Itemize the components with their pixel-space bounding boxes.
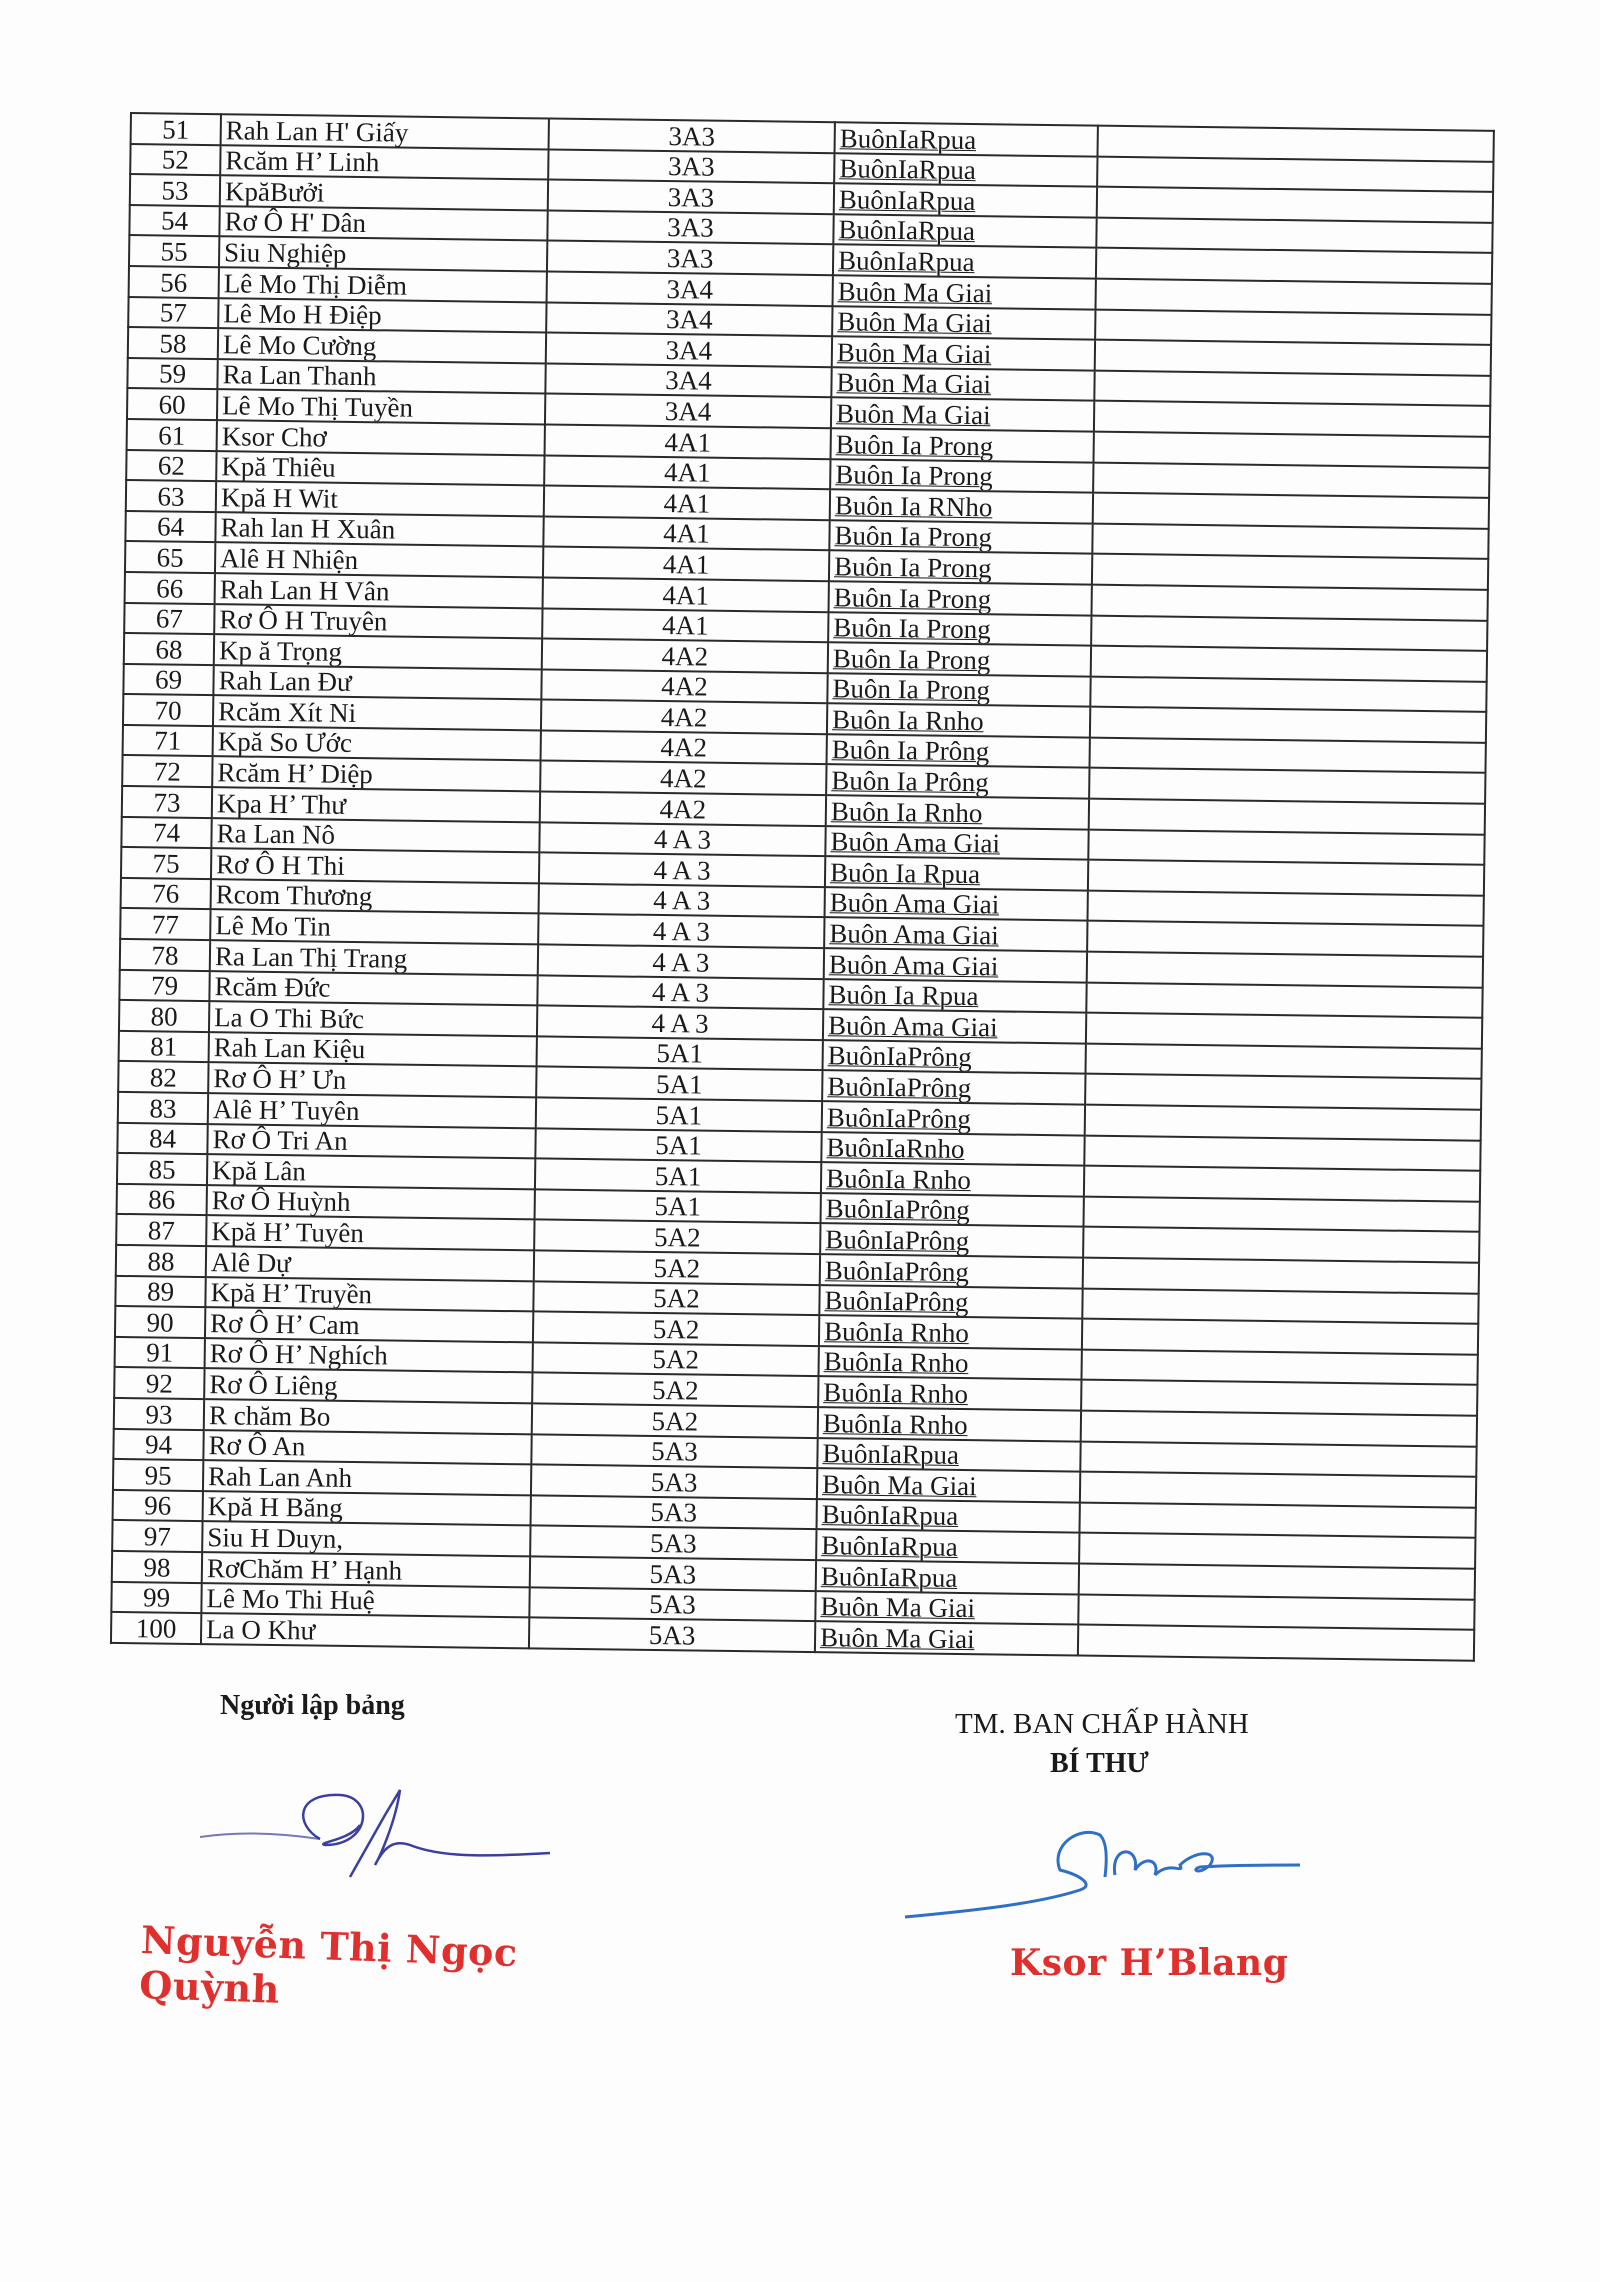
class-code: 5A2 xyxy=(532,1403,818,1437)
class-code: 4 A 3 xyxy=(538,944,824,978)
row-number: 66 xyxy=(125,572,215,604)
row-number: 77 xyxy=(120,908,210,940)
row-number: 85 xyxy=(117,1153,207,1185)
class-code: 5A1 xyxy=(537,1036,823,1070)
village-name: Buôn Ma Giai xyxy=(817,1468,1080,1502)
student-name: Lê Mo Thị Diễm xyxy=(219,267,547,302)
row-number: 86 xyxy=(117,1184,207,1216)
village-name: BuônIaPrông xyxy=(819,1285,1082,1319)
row-number: 64 xyxy=(125,511,215,543)
village-name: BuônIaRpua xyxy=(816,1560,1079,1594)
class-code: 4A2 xyxy=(542,639,828,673)
row-number: 52 xyxy=(130,144,220,176)
village-name: Buôn Ia Prong xyxy=(829,520,1092,554)
student-name: Kpă Thiêu xyxy=(216,451,544,486)
village-name: BuônIaRpua xyxy=(834,153,1097,187)
village-name: BuônIaRpua xyxy=(834,183,1097,217)
student-name: Rơ Ô H’ Ưn xyxy=(208,1063,536,1098)
student-name: Rah Lan Anh xyxy=(203,1460,531,1495)
student-name: Alê H Nhiện xyxy=(215,542,543,577)
class-code: 5A3 xyxy=(530,1526,816,1560)
row-number: 71 xyxy=(123,725,213,757)
village-name: BuônIaRpua xyxy=(835,122,1098,156)
village-name: BuônIaPrông xyxy=(822,1101,1085,1135)
student-name: Ra Lan Nô xyxy=(211,818,539,853)
class-code: 5A3 xyxy=(530,1556,816,1590)
class-code: 4 A 3 xyxy=(538,914,824,948)
village-name: Buôn Ia Rpua xyxy=(825,856,1088,890)
class-code: 5A1 xyxy=(535,1189,821,1223)
secretary-printed-name: Ksor H’Blang xyxy=(1010,1942,1288,1984)
student-name: Rcăm H’ Linh xyxy=(220,145,548,180)
preparer-role-label: Người lập bảng xyxy=(220,1690,405,1722)
student-name: Rcăm H’ Diệp xyxy=(212,757,540,792)
student-roster-table: 51Rah Lan H' Giấy3A3BuônIaRpua52Rcăm H’ … xyxy=(110,112,1495,1661)
village-name: Buôn Ma Giai xyxy=(815,1621,1078,1655)
village-name: BuônIaPrông xyxy=(822,1071,1085,1105)
note-cell xyxy=(1078,1625,1474,1661)
row-number: 55 xyxy=(129,235,219,267)
row-number: 88 xyxy=(116,1245,206,1277)
row-number: 92 xyxy=(114,1367,204,1399)
village-name: BuônIa Rnho xyxy=(818,1407,1081,1441)
row-number: 58 xyxy=(128,327,218,359)
row-number: 61 xyxy=(127,419,217,451)
village-name: Buôn Ama Giai xyxy=(825,887,1088,921)
student-name: Rah Lan H Vân xyxy=(215,573,543,608)
class-code: 3A3 xyxy=(548,149,834,183)
class-code: 3A4 xyxy=(546,333,832,367)
row-number: 90 xyxy=(115,1306,205,1338)
student-name: Rcom Thương xyxy=(211,879,539,914)
class-code: 4A2 xyxy=(541,700,827,734)
village-name: BuônIa Rnho xyxy=(821,1162,1084,1196)
village-name: BuônIaPrông xyxy=(820,1254,1083,1288)
village-name: Buôn Ia Prông xyxy=(827,734,1090,768)
class-code: 4A1 xyxy=(543,547,829,581)
village-name: Buôn Ma Giai xyxy=(831,398,1094,432)
row-number: 99 xyxy=(111,1581,201,1613)
village-name: BuônIaRpua xyxy=(817,1438,1080,1472)
row-number: 96 xyxy=(113,1490,203,1522)
village-name: Buôn Ma Giai xyxy=(833,275,1096,309)
student-name: Kpa H’ Thư xyxy=(212,787,540,822)
class-code: 4 A 3 xyxy=(539,822,825,856)
class-code: 3A3 xyxy=(547,241,833,275)
student-name: Ksor Chơ xyxy=(217,420,545,455)
student-name: La O Thi Bức xyxy=(209,1001,537,1036)
student-name: Kpă H Wit xyxy=(216,481,544,516)
student-name: Lê Mo H Điệp xyxy=(218,298,546,333)
class-code: 3A3 xyxy=(549,118,835,152)
row-number: 68 xyxy=(124,633,214,665)
student-name: R chăm Bo xyxy=(204,1399,532,1434)
class-code: 3A3 xyxy=(547,210,833,244)
student-name: KpăBưởi xyxy=(220,175,548,210)
village-name: BuônIaRpua xyxy=(833,214,1096,248)
class-code: 4A1 xyxy=(544,486,830,520)
class-code: 4 A 3 xyxy=(537,1006,823,1040)
row-number: 94 xyxy=(113,1428,203,1460)
student-name: Rơ Ô H' Dân xyxy=(219,206,547,241)
class-code: 4A1 xyxy=(543,577,829,611)
village-name: Buôn Ia Prong xyxy=(830,459,1093,493)
class-code: 4 A 3 xyxy=(537,975,823,1009)
roster-table-body: 51Rah Lan H' Giấy3A3BuônIaRpua52Rcăm H’ … xyxy=(111,113,1494,1660)
class-code: 4A1 xyxy=(542,608,828,642)
class-code: 5A1 xyxy=(535,1159,821,1193)
village-name: BuônIa Rnho xyxy=(819,1315,1082,1349)
row-number: 74 xyxy=(121,817,211,849)
row-number: 93 xyxy=(114,1398,204,1430)
village-name: Buôn Ama Giai xyxy=(824,948,1087,982)
row-number: 65 xyxy=(125,541,215,573)
class-code: 3A3 xyxy=(548,180,834,214)
class-code: 3A4 xyxy=(545,363,831,397)
student-name: Rơ Ô Liêng xyxy=(204,1368,532,1403)
village-name: Buôn Ia Prông xyxy=(826,765,1089,799)
row-number: 87 xyxy=(116,1214,206,1246)
student-name: Alê Dự xyxy=(206,1246,534,1281)
row-number: 75 xyxy=(121,847,211,879)
class-code: 5A1 xyxy=(535,1128,821,1162)
village-name: BuônIaPrông xyxy=(823,1040,1086,1074)
village-name: Buôn Ia Prong xyxy=(828,642,1091,676)
village-name: Buôn Ia Prong xyxy=(829,551,1092,585)
student-name: Kpă H’ Truyền xyxy=(205,1277,533,1312)
village-name: BuônIaRnho xyxy=(821,1132,1084,1166)
village-name: BuônIa Rnho xyxy=(818,1376,1081,1410)
village-name: BuônIaRpua xyxy=(816,1529,1079,1563)
student-name: Rơ Ô H’ Nghích xyxy=(205,1338,533,1373)
class-code: 3A4 xyxy=(547,271,833,305)
student-name: Kpă Lân xyxy=(207,1154,535,1189)
student-name: Rơ Ô H Thi xyxy=(211,848,539,883)
row-number: 62 xyxy=(126,450,216,482)
row-number: 80 xyxy=(119,1000,209,1032)
student-name: Kpă H Băng xyxy=(203,1491,531,1526)
student-name: Ra Lan Thị Trang xyxy=(210,940,538,975)
student-name: Rcăm Đức xyxy=(209,971,537,1006)
row-number: 83 xyxy=(118,1092,208,1124)
row-number: 100 xyxy=(111,1612,201,1644)
row-number: 76 xyxy=(121,878,211,910)
class-code: 4A1 xyxy=(544,455,830,489)
village-name: BuônIa Rnho xyxy=(819,1346,1082,1380)
secretary-handwritten-signature-icon xyxy=(900,1815,1300,1935)
secretary-role-label: BÍ THƯ xyxy=(1050,1748,1149,1780)
village-name: Buôn Ama Giai xyxy=(825,826,1088,860)
student-name: Kpă So Ước xyxy=(213,726,541,761)
village-name: Buôn Ia Prong xyxy=(829,581,1092,615)
row-number: 53 xyxy=(130,174,220,206)
class-code: 5A2 xyxy=(533,1312,819,1346)
class-code: 5A1 xyxy=(536,1097,822,1131)
student-name: Lê Mo Thị Tuyền xyxy=(217,390,545,425)
village-name: Buôn Ia Prong xyxy=(828,612,1091,646)
student-name: Alê H’ Tuyên xyxy=(208,1093,536,1128)
village-name: Buôn Ma Giai xyxy=(831,367,1094,401)
row-number: 81 xyxy=(119,1031,209,1063)
student-name: Rah Lan H' Giấy xyxy=(221,114,549,149)
village-name: BuônIaRpua xyxy=(833,245,1096,279)
class-code: 5A3 xyxy=(529,1617,815,1651)
row-number: 72 xyxy=(122,755,212,787)
row-number: 60 xyxy=(127,388,217,420)
village-name: Buôn Ama Giai xyxy=(823,1009,1086,1043)
class-code: 5A2 xyxy=(534,1220,820,1254)
village-name: Buôn Ia Prong xyxy=(827,673,1090,707)
student-name: Rah Lan Kiệu xyxy=(209,1032,537,1067)
row-number: 84 xyxy=(117,1123,207,1155)
student-name: Rcăm Xít Ni xyxy=(213,695,541,730)
preparer-handwritten-signature-icon xyxy=(200,1785,600,1895)
student-name: Rơ Ô H Truyên xyxy=(214,604,542,639)
class-code: 5A3 xyxy=(531,1434,817,1468)
row-number: 98 xyxy=(112,1551,202,1583)
student-name: Kpă H’ Tuyên xyxy=(206,1215,534,1250)
row-number: 70 xyxy=(123,694,213,726)
village-name: Buôn Ma Giai xyxy=(832,306,1095,340)
village-name: Buôn Ama Giai xyxy=(824,918,1087,952)
row-number: 82 xyxy=(118,1061,208,1093)
student-name: Rơ Ô Huỳnh xyxy=(207,1185,535,1220)
row-number: 89 xyxy=(115,1275,205,1307)
village-name: BuônIaRpua xyxy=(817,1499,1080,1533)
student-name: Rah lan H Xuân xyxy=(215,512,543,547)
row-number: 79 xyxy=(119,970,209,1002)
student-name: Lê Mo Thi Huệ xyxy=(201,1583,529,1618)
row-number: 78 xyxy=(120,939,210,971)
class-code: 4A2 xyxy=(540,761,826,795)
village-name: Buôn Ma Giai xyxy=(832,336,1095,370)
class-code: 5A3 xyxy=(531,1495,817,1529)
class-code: 3A4 xyxy=(545,394,831,428)
student-name: Lê Mo Tin xyxy=(210,910,538,945)
student-name: Lê Mo Cường xyxy=(218,328,546,363)
class-code: 3A4 xyxy=(546,302,832,336)
class-code: 5A2 xyxy=(533,1281,819,1315)
student-name: Rơ Ô H’ Cam xyxy=(205,1307,533,1342)
row-number: 97 xyxy=(112,1520,202,1552)
class-code: 4 A 3 xyxy=(539,883,825,917)
row-number: 59 xyxy=(127,358,217,390)
row-number: 95 xyxy=(113,1459,203,1491)
preparer-printed-name: Nguyễn Thị Ngọc Quỳnh xyxy=(139,1917,602,2023)
class-code: 4A2 xyxy=(540,791,826,825)
village-name: Buôn Ia Rnho xyxy=(826,795,1089,829)
class-code: 5A2 xyxy=(532,1373,818,1407)
row-number: 56 xyxy=(129,266,219,298)
student-roster-table-wrapper: 51Rah Lan H' Giấy3A3BuônIaRpua52Rcăm H’ … xyxy=(110,112,1495,1661)
student-name: Siu Nghiệp xyxy=(219,237,547,272)
student-name: La O Khư xyxy=(201,1613,529,1648)
class-code: 5A1 xyxy=(536,1067,822,1101)
class-code: 4 A 3 xyxy=(539,853,825,887)
student-name: Kp ă Trọng xyxy=(214,634,542,669)
student-name: Rah Lan Đư xyxy=(213,665,541,700)
student-name: Rơ Ô An xyxy=(203,1430,531,1465)
student-name: Rơ Ô Tri An xyxy=(207,1124,535,1159)
class-code: 4A2 xyxy=(541,669,827,703)
scanned-document-page: 51Rah Lan H' Giấy3A3BuônIaRpua52Rcăm H’ … xyxy=(0,0,1600,2282)
class-code: 5A3 xyxy=(531,1464,817,1498)
committee-title: TM. BAN CHẤP HÀNH xyxy=(955,1708,1249,1741)
class-code: 5A2 xyxy=(534,1250,820,1284)
class-code: 5A3 xyxy=(529,1587,815,1621)
class-code: 5A2 xyxy=(533,1342,819,1376)
row-number: 51 xyxy=(131,113,221,145)
village-name: BuônIaPrông xyxy=(820,1224,1083,1258)
row-number: 63 xyxy=(126,480,216,512)
class-code: 4A2 xyxy=(541,730,827,764)
row-number: 69 xyxy=(123,664,213,696)
village-name: Buôn Ia Rnho xyxy=(827,703,1090,737)
student-name: Ra Lan Thanh xyxy=(217,359,545,394)
village-name: Buôn Ia RNho xyxy=(830,489,1093,523)
row-number: 54 xyxy=(129,205,219,237)
row-number: 67 xyxy=(124,602,214,634)
village-name: Buôn Ia Rpua xyxy=(823,979,1086,1013)
village-name: Buôn Ma Giai xyxy=(815,1591,1078,1625)
village-name: BuônIaPrông xyxy=(821,1193,1084,1227)
student-name: RơChăm H’ Hạnh xyxy=(202,1552,530,1587)
student-name: Siu H Duyn, xyxy=(202,1521,530,1556)
row-number: 73 xyxy=(122,786,212,818)
row-number: 57 xyxy=(128,297,218,329)
row-number: 91 xyxy=(115,1337,205,1369)
class-code: 4A1 xyxy=(545,424,831,458)
village-name: Buôn Ia Prong xyxy=(831,428,1094,462)
class-code: 4A1 xyxy=(543,516,829,550)
